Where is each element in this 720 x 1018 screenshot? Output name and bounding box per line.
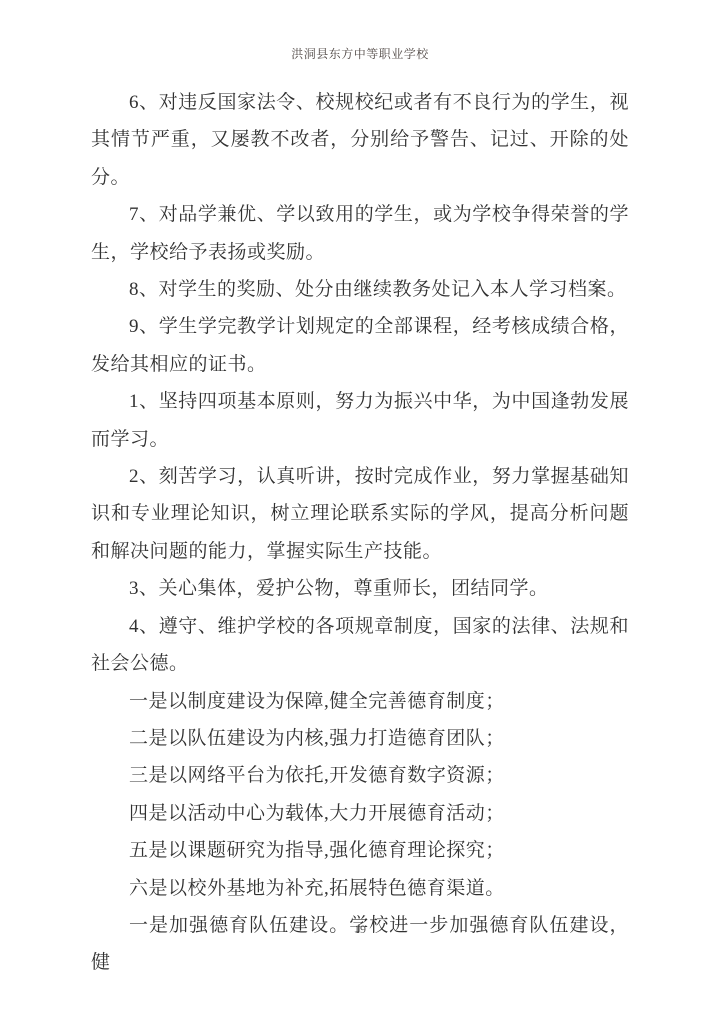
list-item-paragraph: 三是以网络平台为依托,开发德育数字资源； [91, 757, 629, 794]
list-item-paragraph: 二是以队伍建设为内核,强力打造德育团队； [91, 720, 629, 757]
paragraph: 3、关心集体，爱护公物，尊重师长，团结同学。 [91, 570, 629, 607]
list-item-paragraph: 四是以活动中心为载体,大力开展德育活动； [91, 795, 629, 832]
paragraph: 4、遵守、维护学校的各项规章制度，国家的法律、法规和社会公德。 [91, 608, 629, 683]
paragraph: 2、刻苦学习，认真听讲，按时完成作业，努力掌握基础知识和专业理论知识，树立理论联… [91, 458, 629, 570]
list-item-paragraph: 六是以校外基地为补充,拓展特色德育渠道。 [91, 870, 629, 907]
paragraph-continued: 一是加强德育队伍建设。学校进一步加强德育队伍建设，健 [91, 907, 629, 982]
page-header-title: 洪洞县东方中等职业学校 [0, 45, 720, 62]
paragraph: 7、对品学兼优、学以致用的学生，或为学校争得荣誉的学生，学校给予表扬或奖励。 [91, 196, 629, 271]
document-body: 6、对违反国家法令、校规校纪或者有不良行为的学生，视其情节严重，又屡教不改者，分… [91, 84, 629, 982]
paragraph: 6、对违反国家法令、校规校纪或者有不良行为的学生，视其情节严重，又屡教不改者，分… [91, 84, 629, 196]
document-page: 洪洞县东方中等职业学校 6、对违反国家法令、校规校纪或者有不良行为的学生，视其情… [0, 0, 720, 1018]
list-item-paragraph: 五是以课题研究为指导,强化德育理论探究； [91, 832, 629, 869]
paragraph: 1、坚持四项基本原则，努力为振兴中华，为中国逢勃发展而学习。 [91, 383, 629, 458]
list-item-paragraph: 一是以制度建设为保障,健全完善德育制度； [91, 683, 629, 720]
page-number: 19 [0, 922, 720, 937]
paragraph: 9、学生学完教学计划规定的全部课程，经考核成绩合格，发给其相应的证书。 [91, 308, 629, 383]
paragraph: 8、对学生的奖励、处分由继续教务处记入本人学习档案。 [91, 271, 629, 308]
